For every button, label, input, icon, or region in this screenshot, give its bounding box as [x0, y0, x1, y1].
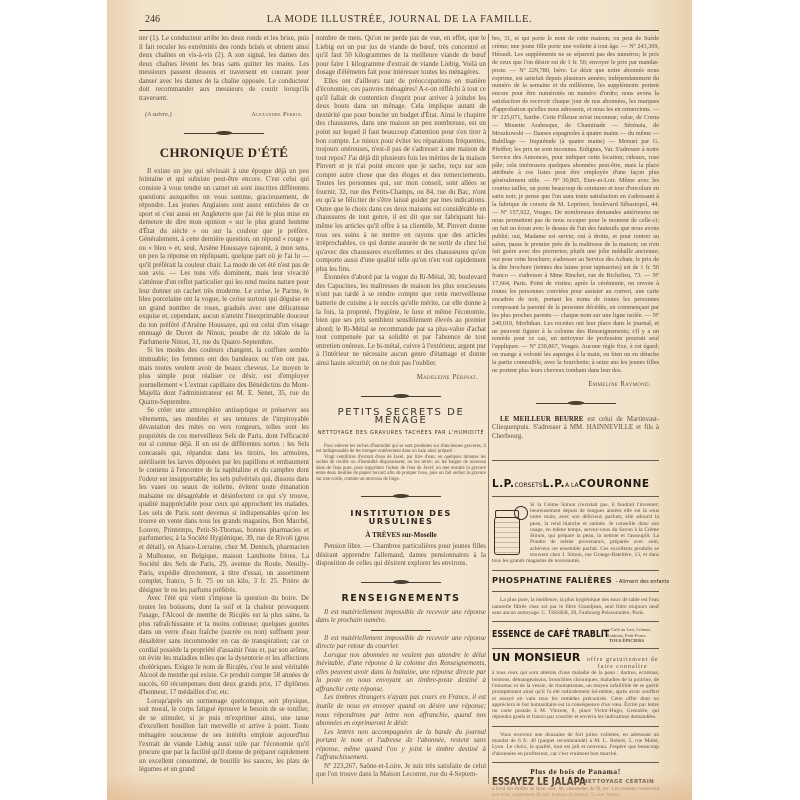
- chronique-paragraph: Étonnées d'abord par la vogue du Ri-Méta…: [316, 274, 486, 368]
- ad-separator: [492, 496, 659, 497]
- short-rule: [371, 630, 431, 631]
- monsieur-text: à tous ceux qui sont atteints d'une mala…: [492, 670, 659, 720]
- chronique-paragraph: Elles ont d'ailleurs tant de préoccupati…: [316, 78, 486, 275]
- ad-essence-cafe: ESSENCE de CAFÉ TRABLIT pour Café au Lai…: [492, 627, 659, 643]
- replies-author: Emmeline Raymond.: [492, 381, 651, 390]
- phosphatine-tagline: - Aliment des enfants: [616, 579, 670, 585]
- ad-phosphatine: PHOSPHATINE FALIÈRES - Aliment des enfan…: [492, 576, 659, 587]
- column-2: nombre de mets. Qu'on ne perde pas de vu…: [316, 35, 486, 780]
- running-title: LA MODE ILLUSTRÉE, JOURNAL DE LA FAMILLE…: [107, 14, 692, 25]
- newspaper-page: 246 LA MODE ILLUSTRÉE, JOURNAL DE LA FAM…: [107, 0, 692, 800]
- ursulines-place: À TRÈVES sur-Moselle: [316, 531, 486, 540]
- ad-separator: [492, 460, 659, 461]
- ad-separator: [492, 591, 659, 592]
- monsieur-offer: offre gratuitement de faire connaître: [586, 657, 659, 670]
- ornament-divider: [536, 398, 616, 408]
- ad-separator: [492, 762, 659, 763]
- ad-jalapa: ESSAYEZ LE JALAPA NETTOYAGE CERTAIN: [492, 778, 659, 787]
- column-1: ner (1). Le conducteur arrête les deux r…: [139, 35, 309, 775]
- dance-signature: (A suivre.) Alexandre Perrin.: [145, 111, 303, 120]
- chronique-paragraph: Se créer une atmosphère antiseptique et …: [139, 407, 309, 595]
- column-divider: [488, 34, 489, 784]
- petits-secrets-title: PETITS SECRETS DE MÉNAGE: [316, 409, 486, 426]
- monsieur-title: UN MONSIEUR: [492, 654, 580, 663]
- renseignements-notice: Il est matériellement impossible de rece…: [316, 609, 486, 626]
- ad-creme-simon: Si la Crème Simon n'existait pas, il fau…: [492, 502, 659, 565]
- ad-separator: [492, 570, 659, 571]
- ornament-divider: [361, 391, 441, 401]
- jalapa-title: ESSAYEZ LE JALAPA: [492, 778, 564, 787]
- essence-small-2: TOUS ÉPICIERS: [609, 638, 644, 643]
- chronique-paragraph: Avec l'été qui vient s'impose la questio…: [139, 595, 309, 698]
- ad-filtre: La plus pure, la meilleure, la plus hygi…: [492, 597, 659, 616]
- phosphatine-title: PHOSPHATINE FALIÈRES: [492, 575, 612, 585]
- corsets-lp-left: L.P.: [492, 478, 514, 490]
- ornament-divider: [184, 128, 264, 138]
- cream-jar-illustration-icon: [492, 504, 526, 556]
- corsets-couronne: COURONNE: [579, 478, 650, 490]
- jalapa-tag: NETTOYAGE CERTAIN: [583, 779, 654, 785]
- renseignements-paragraph: Les lettres non accompagnées de la bande…: [316, 729, 486, 763]
- chronique-paragraph: Il existe un jeu qui sévissait à une épo…: [139, 168, 309, 347]
- ad-separator: [492, 648, 659, 649]
- corsets-lp-right: L.P.: [543, 478, 565, 490]
- chronique-author: Madeleine Périnat.: [316, 374, 478, 383]
- renseignements-paragraph: Lorsque nos abonnées ne veulent pas atte…: [316, 652, 486, 695]
- column-divider: [312, 34, 313, 784]
- petits-secrets-paragraph: Vingt centilitres d'extrait d'eau de Jav…: [316, 455, 486, 483]
- ad-voilettes: Vous recevrez une douzaine de fort jolie…: [492, 732, 659, 757]
- essence-title: ESSENCE de CAFÉ TRABLIT: [492, 631, 568, 640]
- panama-headline: Plus de bois de Panama!: [492, 768, 659, 777]
- corsets-a-la: A LA: [565, 482, 579, 489]
- ad-corsets: L.P.CORSETSL.P.A LACOURONNE: [492, 480, 659, 491]
- chronique-paragraph: Lorsqu'après un surmenage quelconque, so…: [139, 698, 309, 775]
- renseignements-title: RENSEIGNEMENTS: [316, 595, 486, 604]
- jalapa-small: NETTOYAGE CERTAIN: [583, 780, 654, 786]
- corsets-label: CORSETS: [514, 482, 542, 489]
- ad-separator: [492, 621, 659, 622]
- ursulines-text: Pension libre. — Chambres particulières …: [316, 543, 486, 569]
- header-rule: [139, 30, 659, 31]
- ad-beurre-title: LE MEILLEUR BEURRE: [500, 416, 583, 423]
- replies-text: bre, 31, et qui porte le nom de cette ma…: [492, 35, 659, 375]
- dance-article-end: ner (1). Le conducteur arrête les deux r…: [139, 35, 309, 103]
- ursulines-title: INSTITUTION DES URSULINES: [316, 509, 486, 526]
- ad-separator: [492, 726, 659, 727]
- petits-secrets-paragraph: Pour enlever les taches d'humidité qui s…: [316, 444, 486, 455]
- jalapa-text: à froid des étoffes de laine, soie, lin,…: [492, 787, 659, 798]
- chronique-paragraph: Si les modes des couleurs changent, la c…: [139, 347, 309, 407]
- chronique-paragraph: nombre de mets. Qu'on ne perde pas de vu…: [316, 35, 486, 78]
- essence-small-1: pour Café au Lait, Crèmes, Bonbons, Peti…: [602, 627, 652, 637]
- ornament-divider: [361, 577, 441, 587]
- renseignements-paragraph: Nº 223,267, Saône-et-Loire. Je suis très…: [316, 763, 486, 780]
- to-be-continued: (A suivre.): [145, 111, 172, 120]
- column-3: bre, 31, et qui porte le nom de cette ma…: [492, 35, 659, 798]
- petits-secrets-subtitle: NETTOYAGE DES GRAVURES TACHÉES PAR L'HUM…: [316, 430, 486, 439]
- dance-author: Alexandre Perrin.: [251, 111, 303, 120]
- renseignements-paragraph: Il est matériellement impossible de rece…: [316, 635, 486, 652]
- ad-beurre: LE MEILLEUR BEURRE est celui de Martinva…: [492, 416, 659, 442]
- ad-monsieur: UN MONSIEUR offre gratuitement de faire …: [492, 654, 659, 670]
- renseignements-paragraph: Les timbres étrangers n'ayant pas cours …: [316, 694, 486, 728]
- ornament-divider: [361, 491, 441, 501]
- chronique-title: CHRONIQUE D'ÉTÉ: [139, 146, 309, 160]
